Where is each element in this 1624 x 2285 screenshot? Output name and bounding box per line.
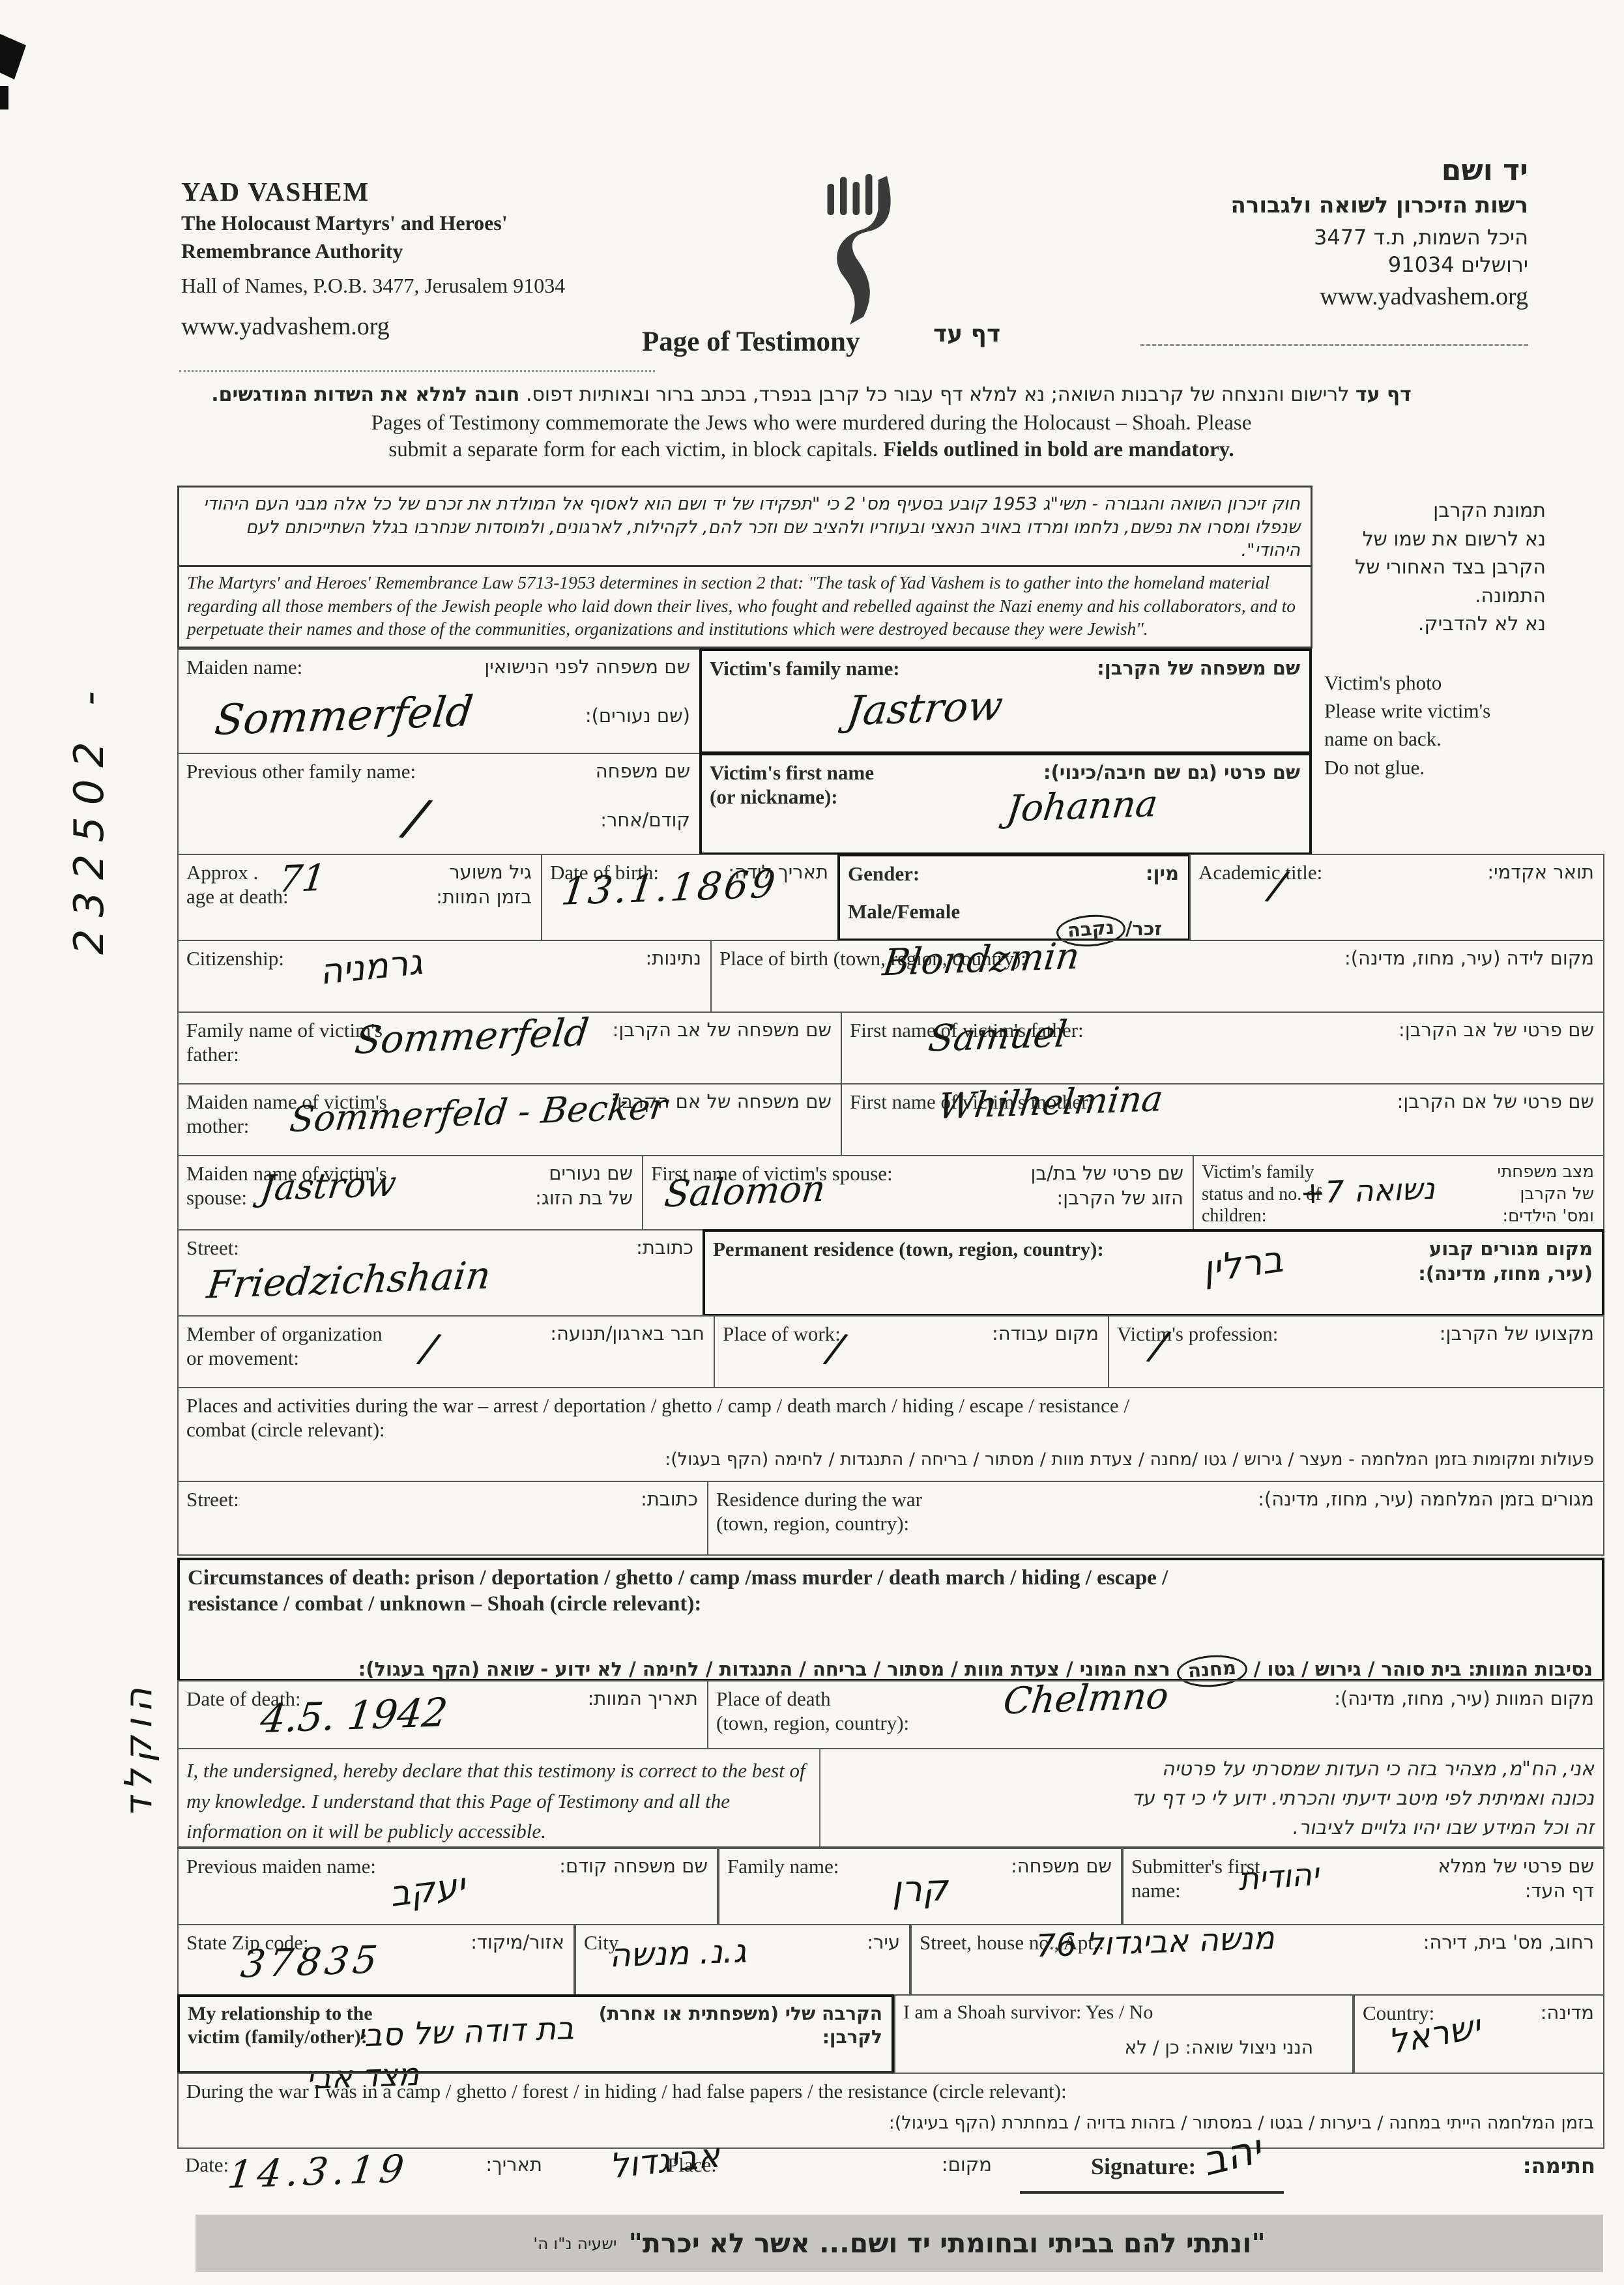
field-label-he: מקום עבודה: xyxy=(992,1322,1099,1346)
photo-note-hebrew: תמונת הקרבן נא לרשום את שמו של הקרבן בצד… xyxy=(1324,497,1546,639)
handwriting-date-of-birth: 13.1.1869 xyxy=(559,862,780,914)
field-spouse-maiden-name: Maiden name of victim's spouse: שם נעורי… xyxy=(177,1155,643,1230)
field-label-en: Previous maiden name: xyxy=(186,1854,376,1878)
header-divider-left xyxy=(179,370,655,372)
handwriting-age: 71 xyxy=(276,857,328,901)
page-title: Page of Testimony xyxy=(642,326,860,358)
field-label-he: שם משפחה של אב הקרבן: xyxy=(613,1018,832,1043)
scan-artifact xyxy=(0,34,26,80)
handwriting-place-of-death: Chelmno xyxy=(1001,1674,1171,1723)
org-website-en: www.yadvashem.org xyxy=(181,312,703,341)
field-label-he: חבר בארגון/תנועה: xyxy=(550,1322,704,1346)
field-label-en: Date: xyxy=(185,2153,229,2177)
field-label-en: Citizenship: xyxy=(186,946,284,970)
field-label-he: שם פרטי של אב הקרבן: xyxy=(1399,1018,1594,1043)
field-label-en: Victim's family name: xyxy=(710,656,900,680)
field-label-he: רחוב, מס' בית, דירה: xyxy=(1423,1930,1594,1955)
handwriting-date: 14.3.19 xyxy=(225,2146,412,2197)
gender-male-option: זכר/ xyxy=(1125,918,1162,940)
field-label-he: עיר: xyxy=(867,1930,900,1955)
field-profession: Victim's profession: מקצועו של הקרבן: xyxy=(1108,1315,1604,1388)
handwriting-mother-first-name: Whilhelmina xyxy=(936,1078,1165,1127)
field-academic-title: Academic title: תואר אקדמי: xyxy=(1189,854,1604,941)
field-label-he: אזור/מיקוד: xyxy=(471,1930,564,1955)
handwriting-spouse-maiden-name: Jastrow xyxy=(258,1163,398,1209)
field-place-of-work: Place of work: מקום עבודה: xyxy=(714,1315,1109,1388)
field-label-en: Signature: xyxy=(1091,2153,1196,2181)
org-sub-he: רשות הזיכרון לשואה ולגבורה xyxy=(1043,192,1528,218)
field-label-he: תואר אקדמי: xyxy=(1487,860,1594,885)
field-label-en: Academic title: xyxy=(1198,860,1322,884)
field-label-he: שם משפחה קודם: xyxy=(559,1854,708,1879)
org-name-he: יד ושם xyxy=(1043,154,1528,187)
field-label-he: מצב משפחתי של הקרבן ומס' הילדים: xyxy=(1497,1161,1594,1227)
field-death-circumstances: Circumstances of death: prison / deporta… xyxy=(177,1558,1604,1681)
field-organization: Member of organization or movement: חבר … xyxy=(177,1315,715,1388)
handwriting-relationship: בת דודה של סבי xyxy=(356,2010,575,2054)
handwriting-father-first-name: Samuel xyxy=(926,1013,1069,1060)
field-place: Place: מקום: xyxy=(660,2147,1083,2209)
field-label-he: שם פרטי של בת/בן הזוג של הקרבן: xyxy=(1030,1161,1183,1210)
handwriting-father-family-name: Sommerfeld xyxy=(353,1010,591,1063)
field-label-he: מקום המוות (עיר, מחוז, מדינה): xyxy=(1334,1687,1594,1711)
footer-quote-bar: "ונתתי להם בביתי ובחומתי יד ושם... אשר ל… xyxy=(196,2215,1603,2272)
field-war-street: Street: כתובת: xyxy=(177,1481,708,1556)
intro-english-line1: Pages of Testimony commemorate the Jews … xyxy=(182,411,1440,435)
photo-note-english: Victim's photo Please write victim's nam… xyxy=(1324,669,1546,782)
remembrance-law-box: חוק זיכרון השואה והגבורה - תשי"ג 1953 קו… xyxy=(177,486,1312,648)
handwriting-place-of-birth: Blondzmin xyxy=(880,935,1082,985)
page-title-hebrew: דף עד xyxy=(933,321,1000,347)
handwriting-family-status: נשואה 7+ xyxy=(1299,1171,1436,1210)
header-right: יד ושם רשות הזיכרון לשואה ולגבורה היכל ה… xyxy=(1043,154,1528,311)
intro-he-mid: לרישום והנצחה של קרבנות השואה; נא למלא ד… xyxy=(519,383,1355,406)
scan-artifact xyxy=(0,86,8,109)
field-label-he: מין: xyxy=(1146,862,1179,886)
field-permanent-residence: Permanent residence (town, region, count… xyxy=(703,1229,1604,1317)
field-label-he: מגורים בזמן המלחמה (עיר, מחוז, מדינה): xyxy=(1258,1487,1594,1512)
org-sub1-en: The Holocaust Martyrs' and Heroes' xyxy=(181,211,703,235)
field-label-en: Gender: xyxy=(848,862,920,886)
margin-note: הוקלד xyxy=(116,1681,160,1962)
circumstances-he-after: רצח המוני / צעדת מוות / מסתור / בריחה / … xyxy=(358,1658,1177,1680)
field-signature: Signature: חתימה: xyxy=(1083,2147,1604,2209)
law-text-english: The Martyrs' and Heroes' Remembrance Law… xyxy=(179,565,1311,643)
field-label-en: Member of organization or movement: xyxy=(186,1322,383,1370)
field-label-en: Victim's first name (or nickname): xyxy=(710,761,874,809)
field-label-he: מקום מגורים קבוע (עיר, מחוז, מדינה): xyxy=(1418,1237,1593,1286)
field-label-en: Street: xyxy=(186,1236,239,1260)
org-address1-he: היכל השמות, ת.ד 3477 xyxy=(1043,225,1528,250)
field-label-he: גיל משוער בזמן המוות: xyxy=(436,860,532,909)
field-label-he: חתימה: xyxy=(1523,2153,1595,2180)
header-left: YAD VASHEM The Holocaust Martyrs' and He… xyxy=(181,176,703,341)
intro-en-line2-text: submit a separate form for each victim, … xyxy=(388,438,883,461)
field-label-he: שם פרטי של אם הקרבן: xyxy=(1397,1090,1594,1114)
intro-en-line2-bold: Fields outlined in bold are mandatory. xyxy=(883,438,1234,461)
field-label-he: הנני ניצול שואה: כן / לא xyxy=(1124,2036,1313,2059)
field-label-en: Family name: xyxy=(727,1854,839,1878)
field-label-he: כתובת: xyxy=(636,1236,693,1260)
field-label-en: Circumstances of death: prison / deporta… xyxy=(188,1565,1168,1617)
org-address2-he: ירושלים 91034 xyxy=(1043,252,1528,277)
field-label-he: נסיבות המוות: בית סוהר / גירוש / גטו / מ… xyxy=(358,1631,1593,1686)
handwriting-submitter-first-name: יהודית xyxy=(1237,1856,1320,1898)
field-label-en: Previous other family name: xyxy=(186,759,416,783)
photo-instructions: תמונת הקרבן נא לרשום את שמו של הקרבן בצד… xyxy=(1324,497,1546,781)
field-citizenship: Citizenship: נתינות: xyxy=(177,940,712,1013)
field-label-he: מדינה: xyxy=(1541,2001,1594,2026)
field-victim-family-name: Victim's family name: שם משפחה של הקרבן: xyxy=(699,648,1312,754)
field-label-he: הקרבה שלי (משפחתית או אחרת) לקרבן: xyxy=(599,2002,882,2050)
law-text-hebrew: חוק זיכרון השואה והגבורה - תשי"ג 1953 קו… xyxy=(179,488,1311,565)
gender-options-en: Male/Female xyxy=(848,899,960,924)
field-label-he: מקצועו של הקרבן: xyxy=(1440,1322,1594,1346)
intro-block: דף עד לרישום והנצחה של קרבנות השואה; נא … xyxy=(182,383,1440,462)
handwriting-state-zip: 37835 xyxy=(239,1937,384,1987)
field-label-en: Approx . age at death: xyxy=(186,860,289,909)
field-label-en: Place of work: xyxy=(723,1322,841,1346)
field-label-he: מקום לידה (עיר, מחוז, מדינה): xyxy=(1344,946,1594,971)
field-label-en: Maiden name: xyxy=(186,655,302,679)
field-label-en: Victim's profession: xyxy=(1117,1322,1278,1346)
handwriting-date-of-death: 4.5. 1942 xyxy=(258,1690,450,1742)
field-submitter-first-name: Submitter's first name: שם פרטי של ממלא … xyxy=(1122,1848,1604,1925)
org-website-he: www.yadvashem.org xyxy=(1043,282,1528,311)
footer-quote-text: "ונתתי להם בביתי ובחומתי יד ושם... אשר ל… xyxy=(629,2228,1266,2259)
field-label-he: שם משפחה: xyxy=(1011,1854,1112,1879)
field-label-en: Place of death (town, region, country): xyxy=(716,1687,909,1735)
handwriting-maiden-name: Sommerfeld xyxy=(212,688,476,745)
field-label-en: During the war I was in a camp / ghetto … xyxy=(186,2079,1067,2103)
field-label-he: נתינות: xyxy=(646,946,702,971)
handwriting-victim-family-name: Jastrow xyxy=(845,682,1006,735)
handwriting-spouse-first-name: Salomon xyxy=(662,1168,828,1216)
field-label-en: Permanent residence (town, region, count… xyxy=(713,1237,1104,1261)
declaration-divider xyxy=(819,1749,820,1846)
declaration-box: I, the undersigned, hereby declare that … xyxy=(177,1748,1604,1848)
field-previous-family-name: Previous other family name: שם משפחה קוד… xyxy=(177,753,701,855)
page-of-testimony-scan: 232502 - הוקלד YAD VASHEM The Holocaust … xyxy=(0,0,1624,2285)
field-age-at-death: Approx . age at death: גיל משוער בזמן המ… xyxy=(177,854,542,941)
field-label-en: I am a Shoah survivor: Yes / No xyxy=(903,2001,1153,2024)
field-label-he: שם נעורים של בת הזוג: xyxy=(535,1161,633,1210)
org-address-en: Hall of Names, P.O.B. 3477, Jerusalem 91… xyxy=(181,274,703,298)
handwriting-city: ג.נ. מנשה xyxy=(609,1932,747,1974)
header-divider-right xyxy=(1140,344,1528,346)
declaration-hebrew: אני, הח"מ, מצהיר בזה כי העדות שמסרתי על … xyxy=(1132,1754,1594,1842)
field-label-he: שם משפחה לפני הנישואין (שם נעורים): xyxy=(484,655,690,729)
yad-vashem-logo-icon xyxy=(822,172,912,332)
handwriting-victim-first-name: Johanna xyxy=(1004,783,1160,830)
field-label-he: שם פרטי (גם שם חיבה/כינוי): xyxy=(1043,761,1300,785)
field-label-he: תאריך המוות: xyxy=(588,1687,698,1711)
field-war-residence: Residence during the war (town, region, … xyxy=(707,1481,1604,1556)
field-label-he: שם משפחה של הקרבן: xyxy=(1097,656,1300,681)
field-label-he: שם משפחה קודם/אחר: xyxy=(596,759,690,833)
field-label-en: Places and activities during the war – a… xyxy=(186,1393,1129,1442)
field-victim-first-name: Victim's first name (or nickname): שם פר… xyxy=(699,753,1312,855)
field-gender: Gender: Male/Female מין: זכר/נקבה xyxy=(837,854,1191,941)
signature-line xyxy=(1020,2191,1284,2194)
field-label-he: כתובת: xyxy=(641,1487,698,1512)
circumstances-he-before: נסיבות המוות: בית סוהר / גירוש / גטו / xyxy=(1247,1658,1593,1680)
field-label-en: Residence during the war (town, region, … xyxy=(716,1487,922,1535)
field-label-he: פעולות ומקומות בזמן המלחמה - מעצר / גירו… xyxy=(665,1448,1594,1471)
field-label-he: שם פרטי של ממלא דף העד: xyxy=(1438,1854,1594,1903)
field-label-he: תאריך: xyxy=(486,2153,542,2177)
intro-he-bold-end: חובה למלא את השדות המודגשים. xyxy=(211,383,519,406)
intro-he-bold-start: דף עד xyxy=(1356,383,1412,406)
field-label-he: מקום: xyxy=(942,2153,992,2177)
field-war-places: Places and activities during the war – a… xyxy=(177,1387,1604,1482)
declaration-english: I, the undersigned, hereby declare that … xyxy=(186,1756,805,1847)
org-name-en: YAD VASHEM xyxy=(181,176,703,207)
margin-archive-number: 232502 - xyxy=(65,603,113,955)
field-place-of-birth: Place of birth (town, region, country): … xyxy=(710,940,1604,1013)
field-label-en: Street: xyxy=(186,1487,239,1511)
handwriting-submitter-family-name: קרן xyxy=(891,1867,949,1912)
field-label-en: My relationship to the victim (family/ot… xyxy=(188,2002,373,2049)
field-war-during: During the war I was in a camp / ghetto … xyxy=(177,2073,1604,2149)
intro-english-line2: submit a separate form for each victim, … xyxy=(182,438,1440,462)
field-survivor: I am a Shoah survivor: Yes / No הנני ניצ… xyxy=(894,1994,1354,2074)
footer-quote-source: ישעיה נ"ו ה' xyxy=(533,2234,616,2253)
intro-hebrew: דף עד לרישום והנצחה של קרבנות השואה; נא … xyxy=(182,383,1440,406)
org-sub2-en: Remembrance Authority xyxy=(181,239,703,263)
